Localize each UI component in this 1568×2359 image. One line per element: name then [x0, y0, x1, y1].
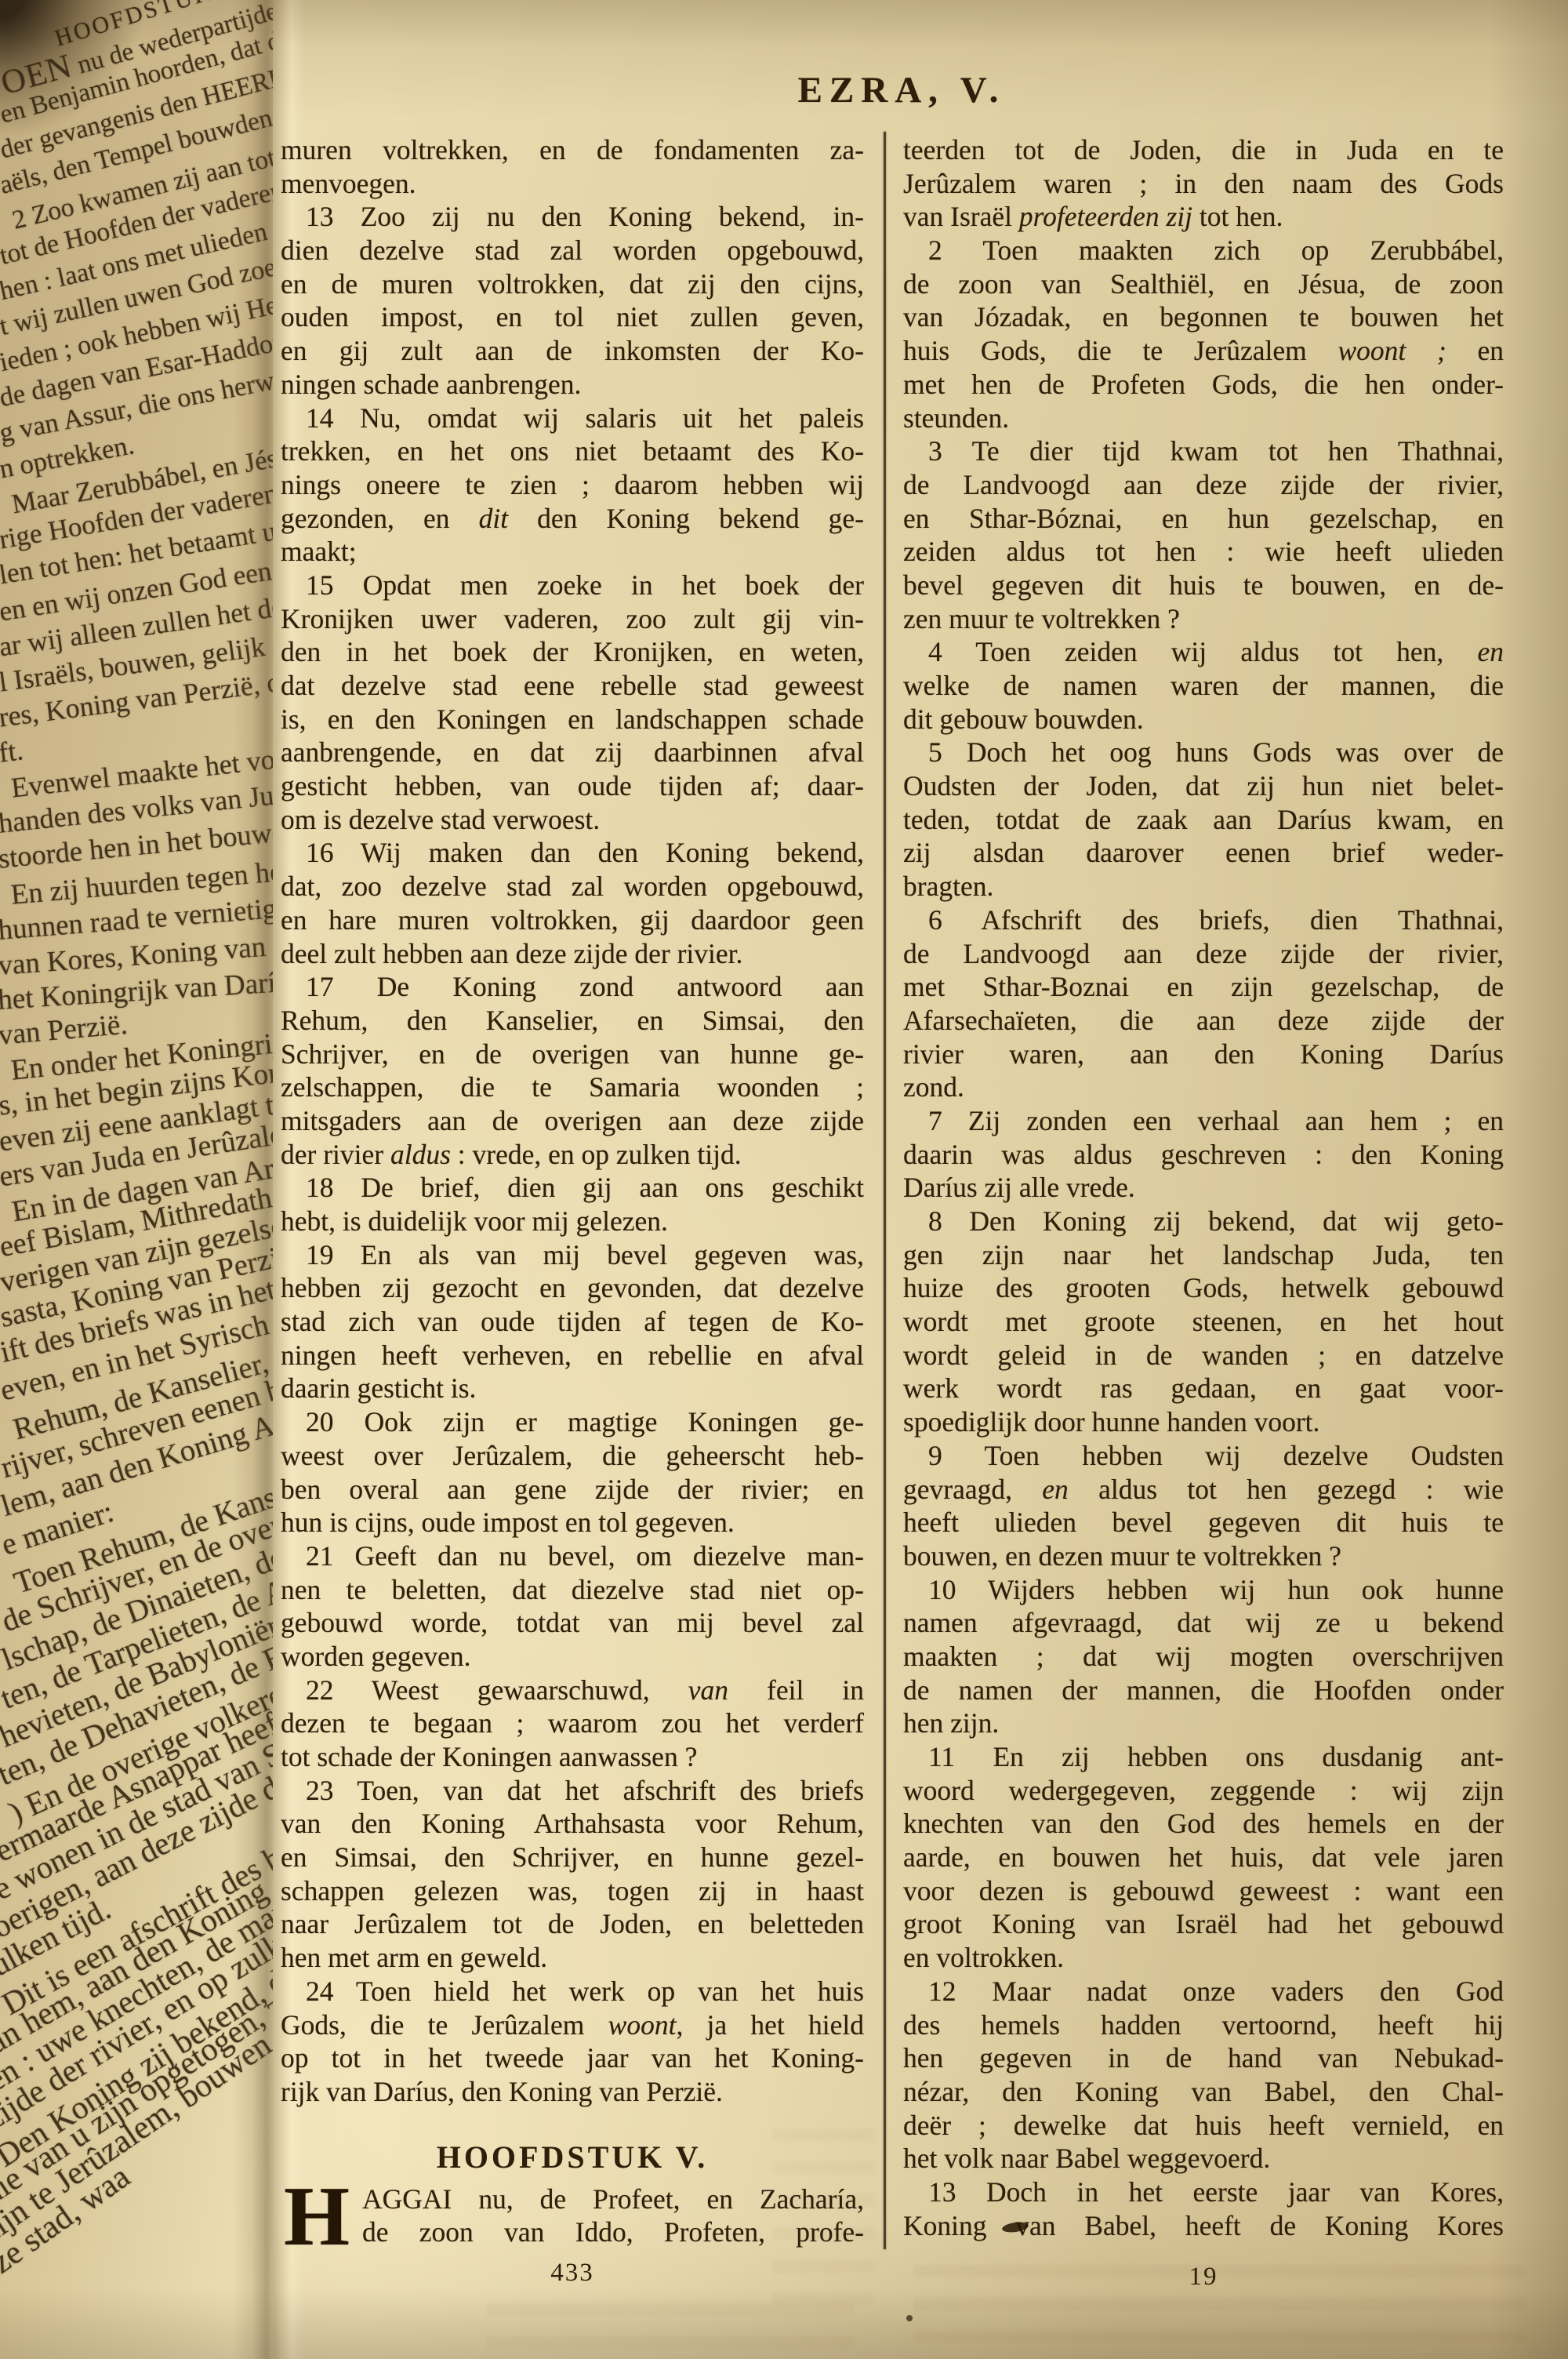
verse-line: 21 Geeft dan nu bevel, om diezelve man-	[281, 1539, 864, 1573]
verse-line: 23 Toen, van dat het afschrift des brief…	[281, 1774, 864, 1808]
verse-line: 19 En als van mij bevel gegeven was,	[281, 1238, 864, 1272]
verse-line: nings oneere te zien ; daarom hebben wij	[281, 468, 864, 502]
verse-line: hen met arm en geweld.	[281, 1941, 864, 1975]
page-header: EZRA, V.	[517, 69, 1286, 111]
verse-line: ben overal aan gene zijde der rivier; en	[281, 1473, 864, 1507]
verse-line: teerden tot de Joden, die in Juda en te	[903, 133, 1504, 167]
signature-mark: 19	[903, 2261, 1504, 2292]
middle-column: muren voltrekken, en de fondamenten za-m…	[281, 133, 864, 2288]
verse-line: spoediglijk door hunne handen voort.	[903, 1405, 1504, 1439]
verse-line: gen zijn naar het landschap Juda, ten	[903, 1238, 1504, 1272]
verse-line: den in het boek der Kronijken, en weten,	[281, 635, 864, 669]
verse-line: de Landvoogd aan deze zijde der rivier,	[903, 468, 1504, 502]
verse-line: werk wordt ras gedaan, en gaat voor-	[903, 1372, 1504, 1405]
verse-line: nen te beletten, dat diezelve stad niet …	[281, 1573, 864, 1607]
verse-line: en de muren voltrokken, dat zij den cijn…	[281, 267, 864, 301]
verse-line: knechten van den God des hemels en der	[903, 1807, 1504, 1841]
verse-line: rivier waren, aan den Koning Daríus	[903, 1038, 1504, 1071]
verse-line: Gods, die te Jerûzalem woont, ja het hie…	[281, 2008, 864, 2042]
verse-line: zen muur te voltrekken ?	[903, 602, 1504, 636]
column-divider-rule	[884, 132, 886, 2249]
verse-line: der rivier aldus : vrede, en op zulken t…	[281, 1138, 864, 1172]
verse-line: om is dezelve stad verwoest.	[281, 803, 864, 837]
verse-line: aarde, en bouwen het huis, dat vele jare…	[903, 1841, 1504, 1874]
verse-line: gebouwd worde, totdat van mij bevel zal	[281, 1606, 864, 1640]
verse-line: namen afgevraagd, dat wij ze u bekend	[903, 1606, 1504, 1640]
verse-line: woord wedergegeven, zeggende : wij zijn	[903, 1774, 1504, 1808]
verse-line: dien dezelve stad zal worden opgebouwd,	[281, 234, 864, 267]
verse-line: van Israël profeteerden zij tot hen.	[903, 200, 1504, 234]
verse-line: 8 Den Koning zij bekend, dat wij geto-	[903, 1205, 1504, 1238]
verse-line: 5 Doch het oog huns Gods was over de	[903, 736, 1504, 769]
verse-line: stad zich van oude tijden af tegen de Ko…	[281, 1305, 864, 1339]
verse-line: deër ; dewelke dat huis heeft vernield, …	[903, 2109, 1504, 2143]
verse-line: Koning van Babel, heeft de Koning Kores	[903, 2209, 1504, 2243]
verse-line: 18 De brief, dien gij aan ons geschikt	[281, 1171, 864, 1205]
verse-line: mitsgaders aan de overigen aan deze zijd…	[281, 1104, 864, 1138]
verse-line: en voltrokken.	[903, 1941, 1504, 1975]
verse-line: 16 Wij maken dan den Koning bekend,	[281, 836, 864, 870]
verse-line: groot Koning van Israël had het gebouwd	[903, 1907, 1504, 1941]
verse-line: de zoon van Sealthiël, en Jésua, de zoon	[903, 267, 1504, 301]
verse-line: weest over Jerûzalem, die geheerscht heb…	[281, 1439, 864, 1473]
verse-line: dit gebouw bouwden.	[903, 703, 1504, 736]
verse-line: ouden impost, en tol niet zullen geven,	[281, 300, 864, 334]
verse-line: en gij zult aan de inkomsten der Ko-	[281, 334, 864, 368]
verse-line: Kronijken uwer vaderen, zoo zult gij vin…	[281, 602, 864, 636]
verse-line: 14 Nu, omdat wij salaris uit het paleis	[281, 402, 864, 435]
verse-line: voor dezen is gebouwd geweest : want een	[903, 1874, 1504, 1908]
verse-line: de namen der mannen, die Hoofden onder	[903, 1674, 1504, 1707]
verse-line: zeiden aldus tot hen : wie heeft ulieden	[903, 535, 1504, 569]
verse-line: deel zult hebben aan deze zijde der rivi…	[281, 937, 864, 971]
verse-line: teden, totdat de zaak aan Daríus kwam, e…	[903, 803, 1504, 837]
verse-line: 20 Ook zijn er magtige Koningen ge-	[281, 1405, 864, 1439]
verse-line: 15 Opdat men zoeke in het boek der	[281, 569, 864, 602]
verse-line: worden gegeven.	[281, 1640, 864, 1674]
verse-line: 3 Te dier tijd kwam tot hen Thathnai,	[903, 434, 1504, 468]
verse-line: heeft ulieden bevel gegeven dit huis te	[903, 1506, 1504, 1539]
verse-line: Afarsechaïeten, die aan deze zijde der	[903, 1004, 1504, 1038]
verse-line: het volk naar Babel weggevoerd.	[903, 2142, 1504, 2175]
verse-line: schappen gelezen was, togen zij in haast	[281, 1874, 864, 1908]
verse-line: 12 Maar nadat onze vaders den God	[903, 1975, 1504, 2008]
verse-line: hen zijn.	[903, 1707, 1504, 1740]
verse-line: en hare muren voltrokken, gij daardoor g…	[281, 903, 864, 937]
verse-line: huize des grooten Gods, hetwelk gebouwd	[903, 1271, 1504, 1305]
verse-line: menvoegen.	[281, 167, 864, 201]
verse-line: dezen te begaan ; waarom zou het verderf	[281, 1707, 864, 1740]
verse-line: maakt;	[281, 535, 864, 569]
verse-line: welke de namen waren der mannen, die	[903, 669, 1504, 703]
verse-line: gevraagd, en aldus tot hen gezegd : wie	[903, 1473, 1504, 1507]
verse-line: 10 Wijders hebben wij hun ook hunne	[903, 1573, 1504, 1607]
verse-line: Rehum, den Kanselier, en Simsai, den	[281, 1004, 864, 1038]
verse-line: daarin was aldus geschreven : den Koning	[903, 1138, 1504, 1172]
verse-line: 22 Weest gewaarschuwd, van feil in	[281, 1674, 864, 1707]
verse-line: ningen schade aanbrengen.	[281, 368, 864, 402]
verse-line: ningen heeft verheven, en rebellie en af…	[281, 1339, 864, 1372]
verse-line: rijk van Daríus, den Koning van Perzië.	[281, 2075, 864, 2109]
verse-line: van Józadak, en begonnen te bouwen het	[903, 300, 1504, 334]
verse-line: 13 Zoo zij nu den Koning bekend, in-	[281, 200, 864, 234]
verse-line: Daríus zij alle vrede.	[903, 1171, 1504, 1205]
verse-line: de Landvoogd aan deze zijde der rivier,	[903, 937, 1504, 971]
verse-line: dat dezelve stad eene rebelle stad gewee…	[281, 669, 864, 703]
verse-line: en Sthar-Bóznai, en hun gezelschap, en	[903, 502, 1504, 536]
verse-line: de zoon van Iddo, Profeten, profe-	[362, 2215, 864, 2249]
verse-line: hebt, is duidelijk voor mij gelezen.	[281, 1205, 864, 1238]
verse-line: bouwen, en dezen muur te voltrekken ?	[903, 1539, 1504, 1573]
verse-line: naar Jerûzalem tot de Joden, en beletted…	[281, 1907, 864, 1941]
verse-line: zij alsdan daarover eenen brief weder-	[903, 836, 1504, 870]
verse-line: 13 Doch in het eerste jaar van Kores,	[903, 2175, 1504, 2209]
drop-cap: H	[284, 2186, 350, 2248]
verse-line: van den Koning Arthahsasta voor Rehum,	[281, 1807, 864, 1841]
verse-line: Oudsten der Joden, dat zij hun niet bele…	[903, 769, 1504, 803]
left-page-text-line: ft.	[0, 733, 25, 769]
verse-line: 17 De Koning zond antwoord aan	[281, 970, 864, 1004]
verse-line: 4 Toen zeiden wij aldus tot hen, en	[903, 635, 1504, 669]
verse-line: trekken, en het ons niet betaamt des Ko-	[281, 434, 864, 468]
verse-line: steunden.	[903, 402, 1504, 435]
verse-line: 6 Afschrift des briefs, dien Thathnai,	[903, 903, 1504, 937]
verse-line: aanbrengende, en dat zij daarbinnen afva…	[281, 736, 864, 769]
verse-line: maakten ; dat wij mogten overschrijven	[903, 1640, 1504, 1674]
verse-line: des hemels hadden vertoornd, heeft hij	[903, 2008, 1504, 2042]
verse-line: bragten.	[903, 870, 1504, 903]
verse-line: met Sthar-Boznai en zijn gezelschap, de	[903, 970, 1504, 1004]
verse-line: gezonden, en dit den Koning bekend ge-	[281, 502, 864, 536]
verse-line: 9 Toen hebben wij dezelve Oudsten	[903, 1439, 1504, 1473]
chapter-heading: HOOFDSTUK V.	[281, 2137, 864, 2178]
middle-column-lines: muren voltrekken, en de fondamenten za-m…	[281, 133, 864, 2109]
verse-line: nézar, den Koning van Babel, den Chal-	[903, 2075, 1504, 2109]
verse-line: en Simsai, den Schrijver, en hunne gezel…	[281, 1841, 864, 1874]
verse-line: 7 Zij zonden een verhaal aan hem ; en	[903, 1104, 1504, 1138]
chapter-opening: H AGGAI nu, de Profeet, en Zacharía,de z…	[281, 2183, 864, 2249]
page-number: 433	[281, 2257, 864, 2288]
verse-line: dat, zoo dezelve stad zal worden opgebou…	[281, 870, 864, 903]
verse-line: hun is cijns, oude impost en tol gegeven…	[281, 1506, 864, 1539]
verse-line: 2 Toen maakten zich op Zerubbábel,	[903, 234, 1504, 267]
verse-line: muren voltrekken, en de fondamenten za-	[281, 133, 864, 167]
verse-line: 11 En zij hebben ons dusdanig ant-	[903, 1740, 1504, 1774]
verse-line: tot schade der Koningen aanwassen ?	[281, 1740, 864, 1774]
verse-line: op tot in het tweede jaar van het Koning…	[281, 2041, 864, 2075]
verse-line: zond.	[903, 1070, 1504, 1104]
verse-line: wordt met groote steenen, en het hout	[903, 1305, 1504, 1339]
verse-line: gesticht hebben, van oude tijden af; daa…	[281, 769, 864, 803]
right-column-lines: teerden tot de Joden, die in Juda en teJ…	[903, 133, 1504, 2242]
verse-line: huis Gods, die te Jerûzalem woont ; en	[903, 334, 1504, 368]
verse-line: hen gegeven in de hand van Nebukad-	[903, 2041, 1504, 2075]
right-column: teerden tot de Joden, die in Juda en teJ…	[903, 133, 1504, 2292]
verse-line: zelschappen, die te Samaria woonden ;	[281, 1070, 864, 1104]
book-photograph: { "colors":{ "ink":"#2e1e0a", "paper_lig…	[0, 0, 1568, 2359]
verse-line: bevel gegeven dit huis te bouwen, en de-	[903, 569, 1504, 602]
chapter-opening-lines: AGGAI nu, de Profeet, en Zacharía,de zoo…	[362, 2183, 864, 2249]
verse-line: AGGAI nu, de Profeet, en Zacharía,	[362, 2183, 864, 2216]
verse-line: 24 Toen hield het werk op van het huis	[281, 1975, 864, 2008]
left-page-fragment: HOOFDSTUK IVOEN nu de wederpartijdersen …	[0, 0, 276, 2359]
verse-line: met hen de Profeten Gods, die hen onder-	[903, 368, 1504, 402]
verse-line: Schrijver, en de overigen van hunne ge-	[281, 1038, 864, 1071]
verse-line: hebben zij gezocht en gevonden, dat deze…	[281, 1271, 864, 1305]
verse-line: wordt geleid in de wanden ; en datzelve	[903, 1339, 1504, 1372]
verse-line: Jerûzalem waren ; in den naam des Gods	[903, 167, 1504, 201]
verse-line: daarin gesticht is.	[281, 1372, 864, 1405]
verse-line: is, en den Koningen en landschappen scha…	[281, 703, 864, 736]
